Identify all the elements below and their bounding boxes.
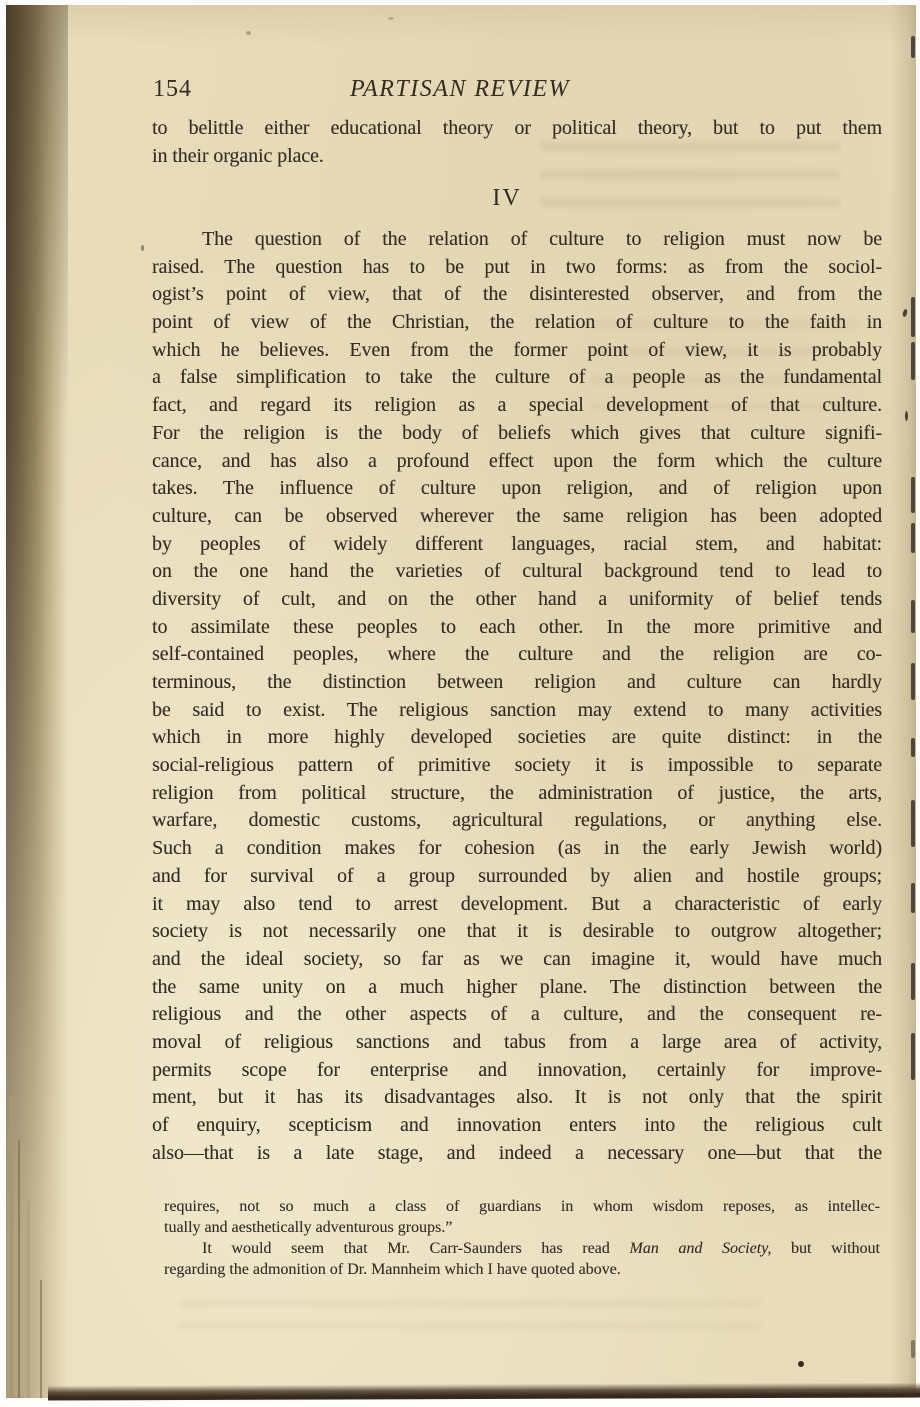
page-edge-mark <box>911 663 915 700</box>
footnote-text: It would seem that Mr. Carr-Saunders has… <box>202 1240 629 1257</box>
text-line: The question of the relation of culture … <box>152 226 882 254</box>
text-line: which he believes. Even from the former … <box>152 337 882 365</box>
text-line: social-religious pattern of primitive so… <box>152 752 882 780</box>
text-line: ogist’s point of view, that of the disin… <box>152 281 882 309</box>
page-edge-mark <box>911 523 915 553</box>
page-edge-mark <box>911 477 915 513</box>
main-paragraph: The question of the relation of culture … <box>152 226 882 1167</box>
text-line: takes. The influence of culture upon rel… <box>152 475 882 503</box>
text-line: the same unity on a much higher plane. T… <box>152 974 882 1002</box>
text-line: moval of religious sanctions and tabus f… <box>152 1029 882 1057</box>
page-edge-mark <box>911 963 915 1000</box>
book-page: 154 PARTISAN REVIEW to belittle either e… <box>0 0 920 1407</box>
text-line: permits scope for enterprise and innovat… <box>152 1057 882 1085</box>
footnote-book-title: Man and Society, <box>629 1240 771 1257</box>
footnote-text: but without <box>771 1240 880 1257</box>
text-line: to belittle either educational theory or… <box>152 115 882 143</box>
text-line: religion from political structure, the a… <box>152 780 882 808</box>
page-edge-mark <box>911 800 915 847</box>
page-stack-line <box>18 1140 20 1398</box>
text-line: point of view of the Christian, the rela… <box>152 309 882 337</box>
page-edge-mark <box>911 883 915 913</box>
intro-paragraph: to belittle either educational theory or… <box>152 115 882 170</box>
text-line: culture, can be observed wherever the sa… <box>152 503 882 531</box>
text-line: raised. The question has to be put in tw… <box>152 254 882 282</box>
page-edge-mark <box>911 738 915 757</box>
text-line: which in more highly developed societies… <box>152 724 882 752</box>
journal-title: PARTISAN REVIEW <box>0 76 920 102</box>
ink-speck <box>388 17 394 20</box>
text-line: to assimilate these peoples to each othe… <box>152 614 882 642</box>
page-stack-line <box>27 1200 30 1398</box>
section-heading: IV <box>152 184 862 212</box>
page-edge-mark <box>911 297 915 337</box>
text-line: terminous, the distinction between relig… <box>152 669 882 697</box>
running-header: 154 PARTISAN REVIEW <box>0 76 920 102</box>
text-line: warfare, domestic customs, agricultural … <box>152 807 882 835</box>
text-line: it may also tend to arrest development. … <box>152 891 882 919</box>
text-line: by peoples of widely different languages… <box>152 531 882 559</box>
footnote-line: regarding the admonition of Dr. Mannheim… <box>164 1259 880 1280</box>
page-edge-mark <box>911 36 915 58</box>
text-line: Such a condition makes for cohesion (as … <box>152 835 882 863</box>
text-line: ment, but it has its disadvantages also.… <box>152 1084 882 1112</box>
text-line: cance, and has also a profound effect up… <box>152 448 882 476</box>
ink-speck <box>246 31 251 35</box>
text-line: and the ideal society, so far as we can … <box>152 946 882 974</box>
text-line: be said to exist. The religious sanction… <box>152 697 882 725</box>
footnote-line: It would seem that Mr. Carr-Saunders has… <box>164 1238 880 1259</box>
page-stack-line <box>40 1280 42 1398</box>
footnote-line: requires, not so much a class of guardia… <box>164 1196 880 1217</box>
bleed-through-ghosting <box>180 1300 760 1334</box>
text-line: diversity of cult, and on the other hand… <box>152 586 882 614</box>
text-line: fact, and regard its religion as a speci… <box>152 392 882 420</box>
text-line: in their organic place. <box>152 143 882 171</box>
page-edge-mark <box>911 342 915 380</box>
text-line: of enquiry, scepticism and innovation en… <box>152 1112 882 1140</box>
text-line: For the religion is the body of beliefs … <box>152 420 882 448</box>
ink-speck <box>798 1361 804 1367</box>
text-line: and for survival of a group surrounded b… <box>152 863 882 891</box>
text-line: also—that is a late stage, and indeed a … <box>152 1140 882 1168</box>
text-line: a false simplification to take the cultu… <box>152 364 882 392</box>
page-stack-line <box>10 1095 13 1398</box>
ink-speck <box>905 411 908 421</box>
page-edge-mark <box>911 600 915 633</box>
book-bottom-edge <box>48 1382 920 1400</box>
text-line: religious and the other aspects of a cul… <box>152 1001 882 1029</box>
page-edge-mark <box>911 1033 915 1080</box>
binding-gutter-shadow <box>6 5 68 1398</box>
footnote: requires, not so much a class of guardia… <box>164 1196 880 1280</box>
ink-speck <box>141 245 144 251</box>
page-edge-mark <box>911 1340 915 1358</box>
footnote-line: tually and aesthetically adventurous gro… <box>164 1217 880 1238</box>
text-line: on the one hand the varieties of cultura… <box>152 558 882 586</box>
text-line: self-contained peoples, where the cultur… <box>152 641 882 669</box>
text-line: society is not necessarily one that it i… <box>152 918 882 946</box>
